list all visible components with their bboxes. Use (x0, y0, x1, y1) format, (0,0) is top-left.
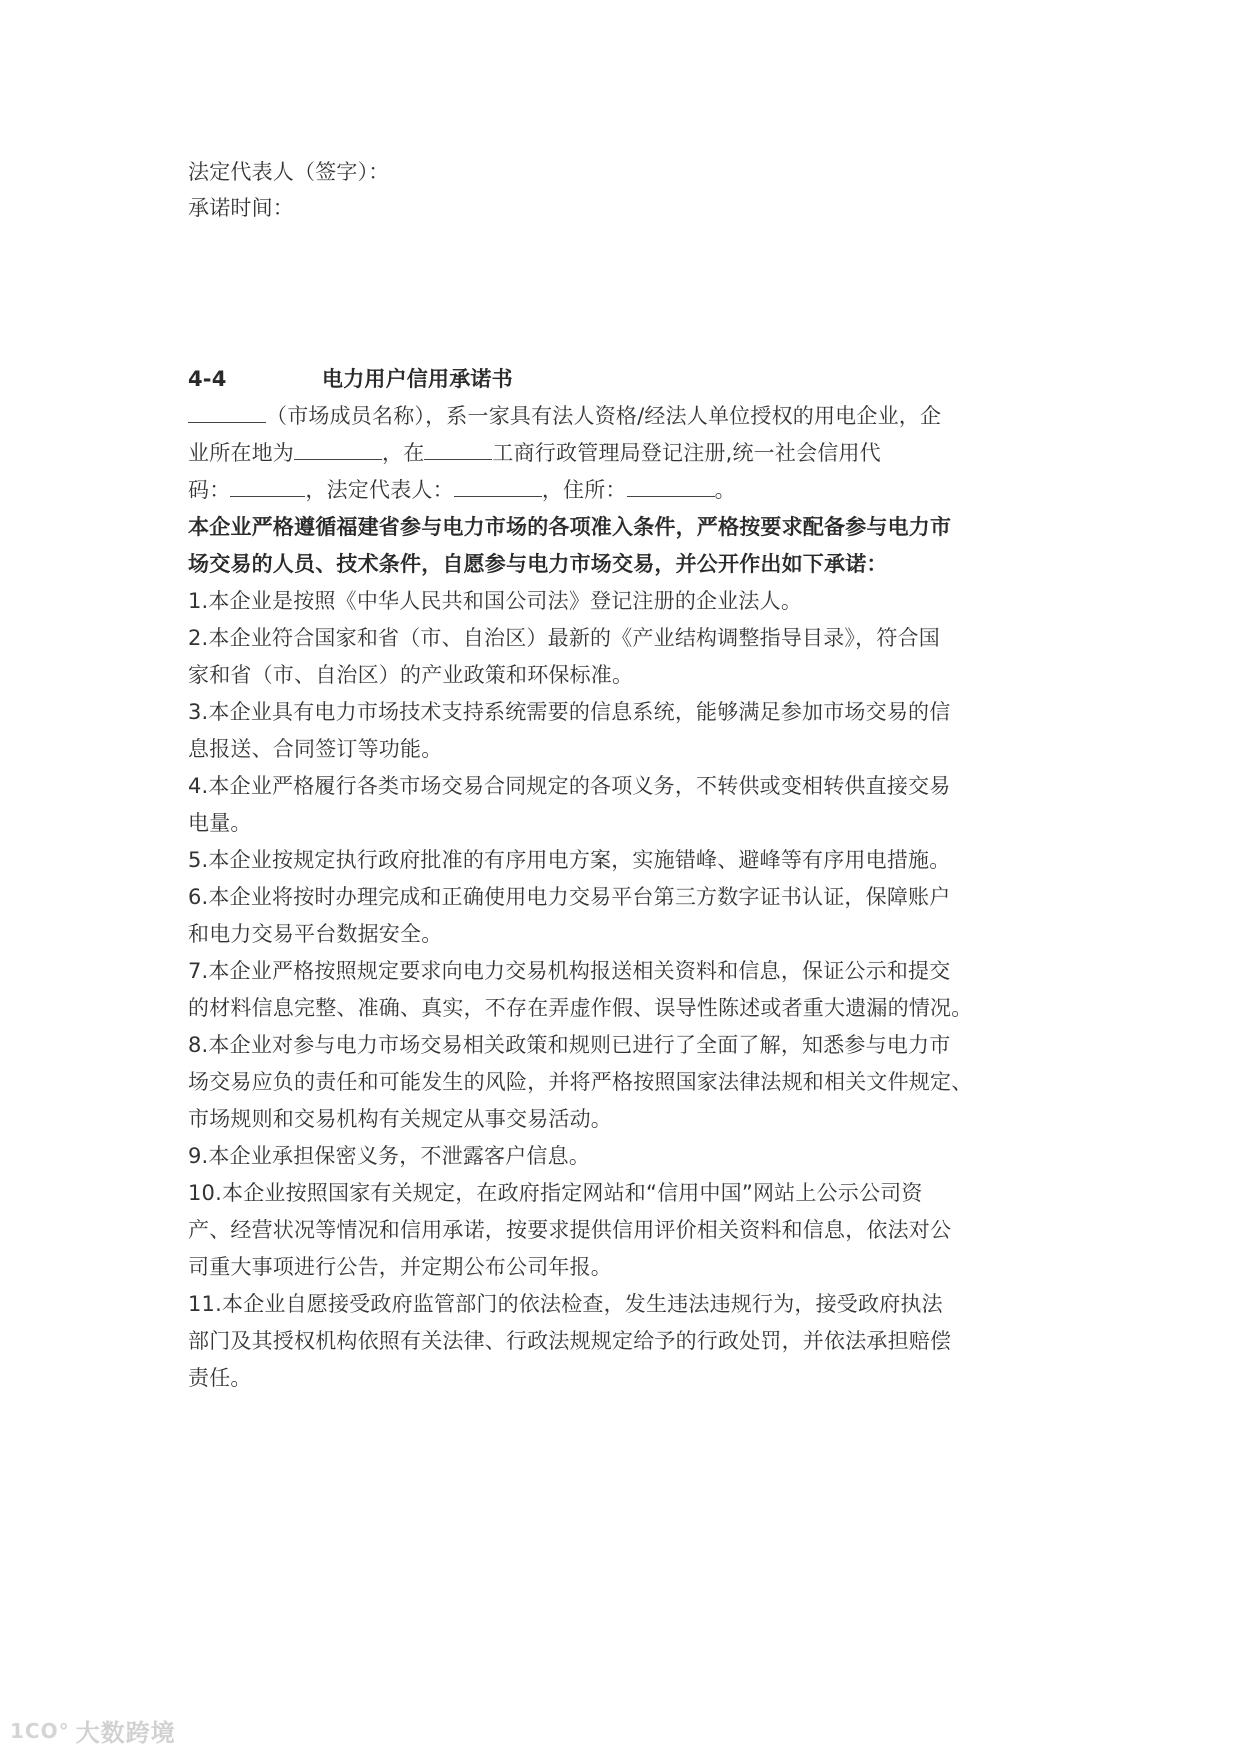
item-5-line-1: 5.本企业按规定执行政府批准的有序用电方案，实施错峰、避峰等有序用电措施。 (188, 845, 950, 875)
item-8-line-1: 8.本企业对参与电力市场交易相关政策和规则已进行了全面了解，知悉参与电力市 (188, 1030, 950, 1060)
item-3-line-2: 息报送、合同签订等功能。 (188, 734, 442, 764)
item-11-line-1: 11.本企业自愿接受政府监管部门的依法检查，发生违法违规行为，接受政府执法 (188, 1289, 943, 1319)
item-3-line-1: 3.本企业具有电力市场技术支持系统需要的信息系统，能够满足参加市场交易的信 (188, 697, 950, 727)
item-11-line-3: 责任。 (188, 1363, 252, 1393)
intro-text: 工商行政管理局登记注册,统一社会信用代 (492, 441, 880, 465)
item-7-line-2: 的材料信息完整、准确、真实，不存在弄虚作假、误导性陈述或者重大遗漏的情况。 (188, 993, 972, 1023)
item-4-line-2: 电量。 (188, 808, 252, 838)
watermark-logo-icon: 1CO° (10, 1719, 70, 1743)
item-1-line-1: 1.本企业是按照《中华人民共和国公司法》登记注册的企业法人。 (188, 586, 802, 616)
item-6-line-2: 和电力交易平台数据安全。 (188, 919, 442, 949)
section-number: 4-4 (188, 364, 322, 394)
intro-text: ，住所： (542, 478, 627, 502)
section-title: 电力用户信用承诺书 (322, 367, 513, 391)
watermark-text: 大数跨境 (76, 1713, 176, 1748)
intro-text: 业所在地为 (188, 441, 294, 465)
item-8-line-3: 市场规则和交易机构有关规定从事交易活动。 (188, 1104, 612, 1134)
commitment-statement-line-2: 场交易的人员、技术条件，自愿参与电力市场交易，并公开作出如下承诺： (188, 549, 888, 579)
intro-line-3: 码：，法定代表人：，住所：。 (188, 475, 736, 505)
item-9-line-1: 9.本企业承担保密义务，不泄露客户信息。 (188, 1141, 590, 1171)
intro-text: （市场成员名称），系一家具有法人资格/经法人单位授权的用电企业，企 (266, 404, 941, 428)
item-11-line-2: 部门及其授权机构依照有关法律、行政法规规定给予的行政处罚，并依法承担赔偿 (188, 1326, 951, 1356)
intro-text: ，在 (382, 441, 424, 465)
section-heading: 4-4电力用户信用承诺书 (188, 364, 513, 394)
legal-rep-blank[interactable] (454, 476, 542, 497)
intro-text: 码： (188, 478, 230, 502)
document-page: 法定代表人（签字）： 承诺时间： 4-4电力用户信用承诺书 （市场成员名称），系… (0, 0, 1240, 1754)
item-2-line-1: 2.本企业符合国家和省（市、自治区）最新的《产业结构调整指导目录》，符合国 (188, 623, 940, 653)
intro-line-2: 业所在地为，在工商行政管理局登记注册,统一社会信用代 (188, 438, 881, 468)
item-10-line-3: 司重大事项进行公告，并定期公布公司年报。 (188, 1252, 612, 1282)
intro-line-1: （市场成员名称），系一家具有法人资格/经法人单位授权的用电企业，企 (188, 401, 941, 431)
registry-office-blank[interactable] (424, 439, 492, 460)
watermark: 1CO° 大数跨境 (10, 1713, 176, 1748)
item-2-line-2: 家和省（市、自治区）的产业政策和环保标准。 (188, 660, 633, 690)
member-name-blank[interactable] (188, 402, 266, 423)
intro-text: ，法定代表人： (305, 478, 453, 502)
commitment-statement-line-1: 本企业严格遵循福建省参与电力市场的各项准入条件，严格按要求配备参与电力市 (188, 512, 951, 542)
item-4-line-1: 4.本企业严格履行各类市场交易合同规定的各项义务，不转供或变相转供直接交易 (188, 771, 950, 801)
item-10-line-1: 10.本企业按照国家有关规定，在政府指定网站和“信用中国”网站上公示公司资 (188, 1178, 923, 1208)
address-blank[interactable] (627, 476, 715, 497)
intro-text: 。 (715, 478, 736, 502)
item-8-line-2: 场交易应负的责任和可能发生的风险，并将严格按照国家法律法规和相关文件规定、 (188, 1067, 972, 1097)
credit-code-blank[interactable] (230, 476, 305, 497)
item-6-line-1: 6.本企业将按时办理完成和正确使用电力交易平台第三方数字证书认证，保障账户 (188, 882, 950, 912)
item-10-line-2: 产、经营状况等情况和信用承诺，按要求提供信用评价相关资料和信息，依法对公 (188, 1215, 951, 1245)
location-blank[interactable] (294, 439, 382, 460)
commitment-date-label: 承诺时间： (188, 193, 294, 223)
item-7-line-1: 7.本企业严格按照规定要求向电力交易机构报送相关资料和信息，保证公示和提交 (188, 956, 950, 986)
legal-rep-signature-label: 法定代表人（签字）： (188, 157, 390, 187)
